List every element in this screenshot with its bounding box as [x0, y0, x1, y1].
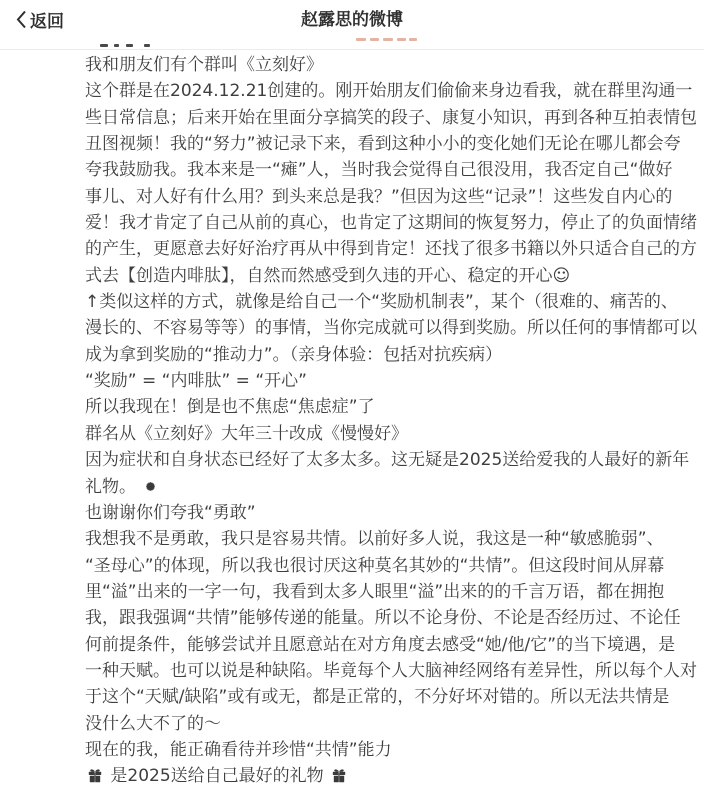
post-line-text: “圣母心”的体现，所以我也很讨厌这种莫名其妙的“共情”。但这段时间从屏幕: [85, 556, 664, 576]
post-scroll-area[interactable]: 我和朋友们有个群叫《立刻好》这个群是在2024.12.21创建的。刚开始朋友们偷…: [0, 50, 704, 790]
post-text-line: 礼物。: [85, 474, 697, 500]
post-text-line: 爱！我才肯定了自己从前的真心，也肯定了这期间的恢复努力，停止了的负面情绪: [85, 210, 697, 236]
post-line-text: 是2025送给自己最好的礼物: [110, 766, 323, 786]
star-icon: [136, 477, 160, 497]
post-line-text: 成为拿到奖励的“推动力”。（亲身体验：包括对抗疾病）: [85, 345, 502, 365]
post-text-line: “奖励” = “内啡肽” = “开心”: [85, 368, 697, 394]
post-line-text: 里“溢”出来的一字一句，我看到太多人眼里“溢”出来的的千言万语，都在拥抱: [85, 582, 664, 602]
post-text-line: 何前提条件，能够尝试并且愿意站在对方角度去感受“她/他/它”的当下境遇，是: [85, 632, 697, 658]
post-text-line: 式去【创造内啡肽】，自然而然感受到久违的开心、稳定的开心☺: [85, 263, 697, 289]
post-text-line: 漫长的、不容易等等）的事情，当你完成就可以得到奖励。所以任何的事情都可以: [85, 315, 697, 341]
post-body: 我和朋友们有个群叫《立刻好》这个群是在2024.12.21创建的。刚开始朋友们偷…: [85, 52, 697, 790]
chevron-left-icon: [16, 10, 27, 29]
post-text-line: ↑类似这样的方式，就像是给自己一个“奖励机制表”，某个（很难的、痛苦的、: [85, 289, 697, 315]
post-text-line: 没什么大不了的～: [85, 711, 697, 737]
post-text-line: 夸我鼓励我。我本来是一“瘫”人，当时我会觉得自己很没用，我否定自己“做好: [85, 157, 697, 183]
post-line-text: 的产生，更愿意去好好治疗再从中得到肯定！还找了很多书籍以外只适合自己的方: [85, 239, 697, 259]
post-text-line: 我和朋友们有个群叫《立刻好》: [85, 52, 697, 78]
post-line-text: 群名从《立刻好》大年三十改成《慢慢好》: [85, 424, 408, 444]
post-line-text: 丑图视频！我的“努力”被记录下来，看到这种小小的变化她们无论在哪儿都会夸: [85, 134, 681, 154]
post-text-line: 因为症状和自身状态已经好了太多太多。这无疑是2025送给爱我的人最好的新年: [85, 447, 697, 473]
post-line-text: 我和朋友们有个群叫《立刻好》: [85, 55, 323, 75]
back-label: 返回: [30, 7, 64, 32]
post-line-text: 爱！我才肯定了自己从前的真心，也肯定了这期间的恢复努力，停止了的负面情绪: [85, 213, 697, 233]
post-line-text: 式去【创造内啡肽】，自然而然感受到久违的开心、稳定的开心☺: [85, 266, 570, 286]
back-button[interactable]: 返回: [16, 7, 64, 32]
post-line-text: 事儿、对人好有什么用？到头来总是我？”但因为这些“记录”！这些发自内心的: [85, 187, 672, 207]
post-text-line: 我想我不是勇敢，我只是容易共情。以前好多人说，我这是一种“敏感脆弱”、: [85, 526, 697, 552]
post-line-text: 因为症状和自身状态已经好了太多太多。这无疑是2025送给爱我的人最好的新年: [85, 450, 689, 470]
post-line-text: 我，跟我强调“共情”能够传递的能量。所以不论身份、不论是否经历过、不论任: [85, 608, 681, 628]
post-line-text: 礼物。: [85, 477, 136, 497]
post-text-line: 里“溢”出来的一字一句，我看到太多人眼里“溢”出来的的千言万语，都在拥抱: [85, 579, 697, 605]
post-text-line: 这个群是在2024.12.21创建的。刚开始朋友们偷偷来身边看我，就在群里沟通一: [85, 78, 697, 104]
post-line-text: 我想我不是勇敢，我只是容易共情。以前好多人说，我这是一种“敏感脆弱”、: [85, 529, 664, 549]
post-text-line: 群名从《立刻好》大年三十改成《慢慢好》: [85, 421, 697, 447]
post-line-text: 夸我鼓励我。我本来是一“瘫”人，当时我会觉得自己很没用，我否定自己“做好: [85, 160, 672, 180]
post-line-text: “奖励” = “内啡肽” = “开心”: [85, 371, 307, 391]
post-text-line: “圣母心”的体现，所以我也很讨厌这种莫名其妙的“共情”。但这段时间从屏幕: [85, 553, 697, 579]
header-row: 返回: [0, 0, 704, 38]
post-line-text: 也谢谢你们夸我“勇敢”: [85, 503, 256, 523]
post-text-line: 丑图视频！我的“努力”被记录下来，看到这种小小的变化她们无论在哪儿都会夸: [85, 131, 697, 157]
post-line-text: 现在的我，能正确看待并珍惜“共情”能力: [85, 740, 392, 760]
post-text-line: 事儿、对人好有什么用？到头来总是我？”但因为这些“记录”！这些发自内心的: [85, 184, 697, 210]
post-text-line: 成为拿到奖励的“推动力”。（亲身体验：包括对抗疾病）: [85, 342, 697, 368]
post-text-line: 我，跟我强调“共情”能够传递的能量。所以不论身份、不论是否经历过、不论任: [85, 605, 697, 631]
post-line-text: 漫长的、不容易等等）的事情，当你完成就可以得到奖励。所以任何的事情都可以: [85, 318, 697, 338]
post-line-text: ↑类似这样的方式，就像是给自己一个“奖励机制表”，某个（很难的、痛苦的、: [85, 292, 678, 312]
gift-icon: [324, 766, 349, 786]
post-line-text: 于这个“天赋/缺陷”或有或无，都是正常的，不分好坏对错的。所以无法共情是: [85, 687, 669, 707]
post-text-line: 所以我现在！倒是也不焦虑“焦虑症”了: [85, 394, 697, 420]
post-text-line: 也谢谢你们夸我“勇敢”: [85, 500, 697, 526]
navigation-header: 返回 赵露思的微博: [0, 0, 704, 50]
post-text-line: 于这个“天赋/缺陷”或有或无，都是正常的，不分好坏对错的。所以无法共情是: [85, 684, 697, 710]
post-text-line: 是2025送给自己最好的礼物: [85, 763, 697, 789]
post-line-text: 这个群是在2024.12.21创建的。刚开始朋友们偷偷来身边看我，就在群里沟通一: [85, 81, 692, 101]
post-text-line: 现在的我，能正确看待并珍惜“共情”能力: [85, 737, 697, 763]
post-text-line: 一种天赋。也可以说是种缺陷。毕竟每个人大脑神经网络有差异性，所以每个人对: [85, 658, 697, 684]
post-line-text: 所以我现在！倒是也不焦虑“焦虑症”了: [85, 397, 375, 417]
post-text-line: 的产生，更愿意去好好治疗再从中得到肯定！还找了很多书籍以外只适合自己的方: [85, 236, 697, 262]
post-line-text: 何前提条件，能够尝试并且愿意站在对方角度去感受“她/他/它”的当下境遇，是: [85, 635, 675, 655]
gift-icon: [85, 766, 110, 786]
post-line-text: 些日常信息；后来开始在里面分享搞笑的段子、康复小知识，再到各种互拍表情包: [85, 108, 697, 128]
post-line-text: 没什么大不了的～: [85, 714, 221, 734]
post-line-text: 一种天赋。也可以说是种缺陷。毕竟每个人大脑神经网络有差异性，所以每个人对: [85, 661, 697, 681]
post-text-line: 些日常信息；后来开始在里面分享搞笑的段子、康复小知识，再到各种互拍表情包: [85, 105, 697, 131]
